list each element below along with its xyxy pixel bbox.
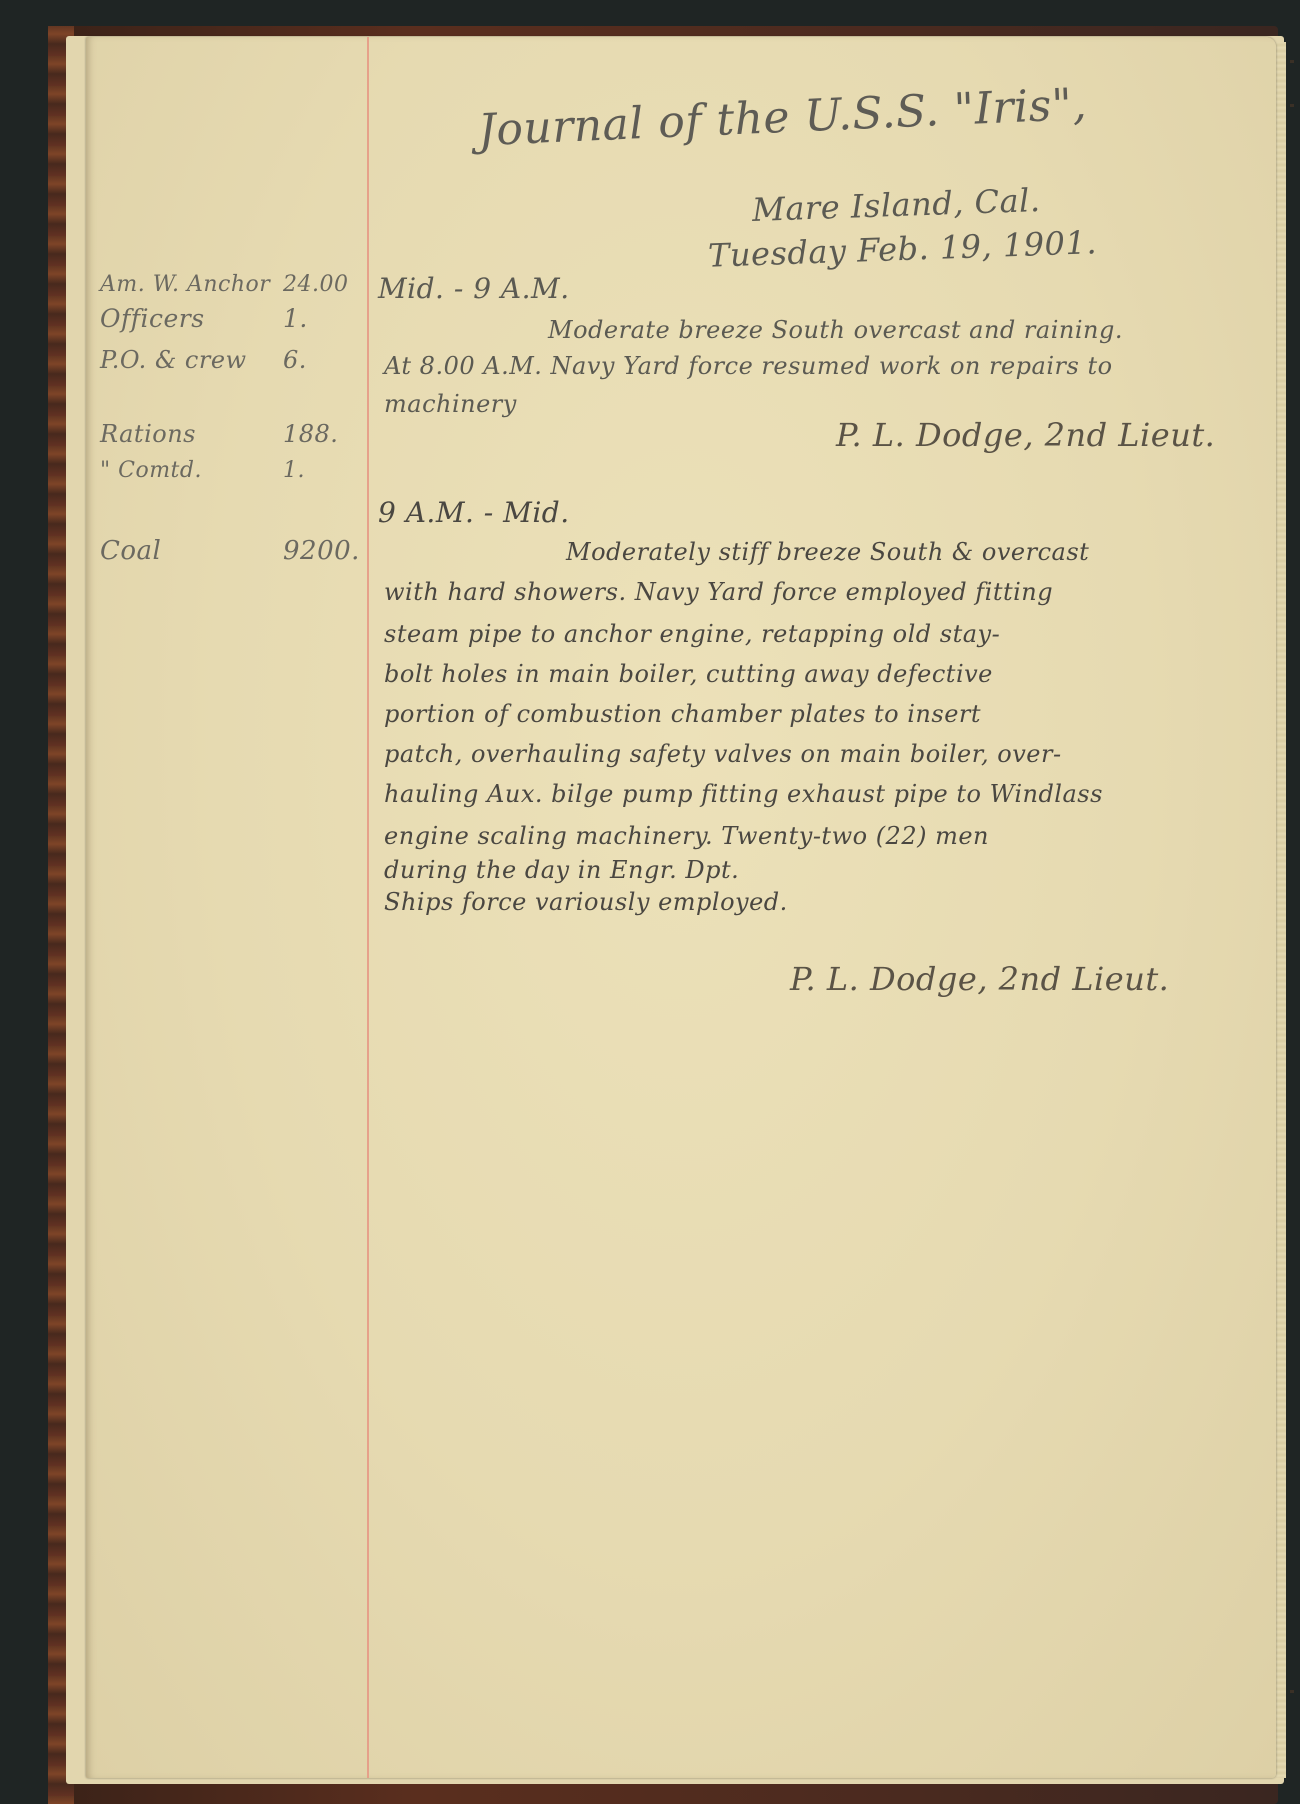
- margin-entry: Officers 1.: [100, 304, 355, 333]
- margin-entry: Am. W. Anchor 24.00: [100, 272, 355, 297]
- margin-value: 188.: [283, 420, 355, 448]
- margin-label: Am. W. Anchor: [100, 272, 270, 297]
- page-edges: [1276, 42, 1286, 1778]
- page-edge-mark: [1290, 60, 1294, 63]
- margin-value: 1.: [283, 304, 355, 333]
- watch-heading: 9 A.M. - Mid.: [378, 496, 570, 529]
- log-line: Moderately stiff breeze South & overcast: [566, 538, 1089, 566]
- margin-label: " Comtd.: [100, 458, 202, 483]
- log-line: At 8.00 A.M. Navy Yard force resumed wor…: [384, 352, 1113, 380]
- margin-value: 6.: [283, 346, 355, 374]
- margin-entry: Coal 9200.: [100, 536, 355, 566]
- page-edge-mark: [1290, 104, 1294, 107]
- log-line: hauling Aux. bilge pump fitting exhaust …: [384, 780, 1103, 808]
- log-line: Moderate breeze South overcast and raini…: [548, 316, 1123, 344]
- margin-entry: P.O. & crew 6.: [100, 346, 355, 374]
- red-margin-rule: [367, 37, 369, 1778]
- margin-value: 24.00: [283, 272, 355, 297]
- log-line: with hard showers. Navy Yard force emplo…: [384, 578, 1053, 606]
- margin-label: Rations: [100, 420, 196, 448]
- log-line: bolt holes in main boiler, cutting away …: [384, 660, 993, 688]
- log-line: portion of combustion chamber plates to …: [384, 700, 981, 728]
- officer-signature: P. L. Dodge, 2nd Lieut.: [836, 416, 1215, 454]
- margin-entry: " Comtd. 1.: [100, 458, 355, 483]
- log-line: steam pipe to anchor engine, retapping o…: [384, 620, 1000, 648]
- margin-value: 1.: [283, 458, 355, 483]
- page-edge-mark: [1290, 1690, 1294, 1693]
- log-line: engine scaling machinery. Twenty-two (22…: [384, 822, 989, 850]
- margin-label: Officers: [100, 304, 205, 333]
- watch-heading: Mid. - 9 A.M.: [378, 272, 570, 305]
- officer-signature: P. L. Dodge, 2nd Lieut.: [790, 960, 1169, 998]
- log-line: machinery: [384, 390, 517, 418]
- margin-entry: Rations 188.: [100, 420, 355, 448]
- margin-value: 9200.: [283, 536, 355, 566]
- margin-label: Coal: [100, 536, 161, 566]
- log-line: during the day in Engr. Dpt.: [384, 856, 739, 884]
- log-line: Ships force variously employed.: [384, 888, 788, 916]
- margin-label: P.O. & crew: [100, 346, 247, 374]
- log-line: patch, overhauling safety valves on main…: [384, 740, 1062, 768]
